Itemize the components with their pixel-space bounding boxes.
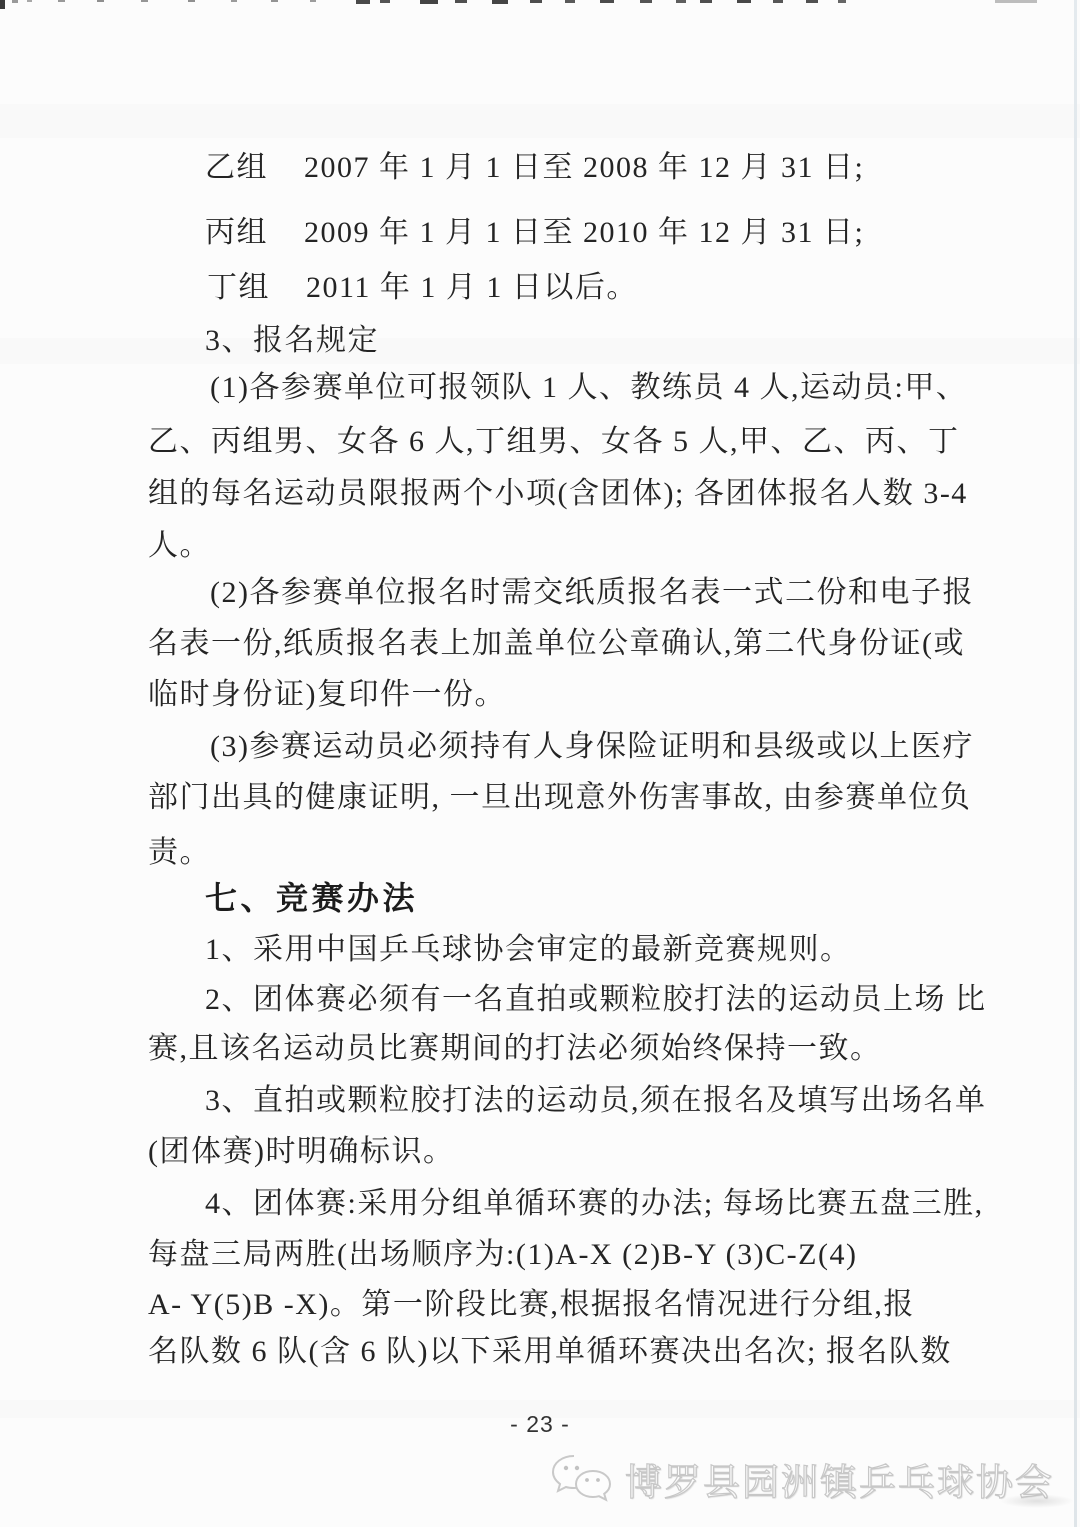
scan-band: [0, 338, 1080, 364]
text-line-group-b-dates: 乙组 2007 年 1 月 1 日至 2008 年 12 月 31 日;: [205, 150, 864, 186]
wechat-watermark: 博罗县园洲镇乒乓球协会: [549, 1452, 1054, 1506]
text-line: 人。: [148, 528, 211, 564]
text-line-registration-heading: 3、报名规定: [205, 323, 379, 359]
text-line: 每盘三局两胜(出场顺序为:(1)A-X (2)B-Y (3)C-Z(4): [148, 1237, 857, 1273]
text-line: (团体赛)时明确标识。: [148, 1134, 454, 1170]
text-line: 名队数 6 队(含 6 队)以下采用单循环赛决出名次; 报名队数: [148, 1334, 952, 1370]
text-line-group-c-dates: 丙组 2009 年 1 月 1 日至 2010 年 12 月 31 日;: [205, 215, 864, 251]
scan-band: [0, 104, 1080, 138]
text-line: A- Y(5)B -X)。第一阶段比赛,根据报名情况进行分组,报: [148, 1287, 915, 1323]
watermark-text: 博罗县园洲镇乒乓球协会: [625, 1452, 1054, 1506]
text-line: (3)参赛运动员必须持有人身保险证明和县级或以上医疗: [210, 729, 974, 765]
wechat-icon: [549, 1452, 615, 1506]
scan-smudge: [1000, 1494, 1074, 1508]
text-line: 3、直拍或颗粒胶打法的运动员,须在报名及填写出场名单: [205, 1083, 987, 1119]
text-line: (1)各参赛单位可报领队 1 人、教练员 4 人,运动员:甲、: [210, 370, 967, 406]
text-line: 赛,且该名运动员比赛期间的打法必须始终保持一致。: [148, 1031, 882, 1067]
text-line-group-d-dates: 丁组 2011 年 1 月 1 日以后。: [207, 270, 638, 306]
document-page: 乙组 2007 年 1 月 1 日至 2008 年 12 月 31 日; 丙组 …: [0, 0, 1080, 1527]
text-line: 组的每名运动员限报两个小项(含团体); 各团体报名人数 3-4: [148, 476, 968, 512]
text-line: 1、采用中国乒乓球协会审定的最新竞赛规则。: [205, 932, 852, 968]
text-line: 部门出具的健康证明, 一旦出现意外伤害事故, 由参赛单位负: [148, 780, 972, 816]
text-line: 临时身份证)复印件一份。: [148, 677, 506, 713]
page-edge-line: [1074, 0, 1077, 1527]
section-heading-competition-method: 七、竞赛办法: [205, 880, 418, 916]
text-line: 2、团体赛必须有一名直拍或颗粒胶打法的运动员上场 比: [205, 982, 987, 1018]
text-line: 乙、丙组男、女各 6 人,丁组男、女各 5 人,甲、乙、丙、丁: [148, 424, 960, 460]
text-line: (2)各参赛单位报名时需交纸质报名表一式二份和电子报: [210, 575, 974, 611]
text-line: 责。: [148, 835, 211, 871]
page-number: - 23 -: [0, 1411, 1080, 1438]
text-line: 4、团体赛:采用分组单循环赛的办法; 每场比赛五盘三胜,: [205, 1186, 984, 1222]
text-line: 名表一份,纸质报名表上加盖单位公章确认,第二代身份证(或: [148, 626, 965, 662]
